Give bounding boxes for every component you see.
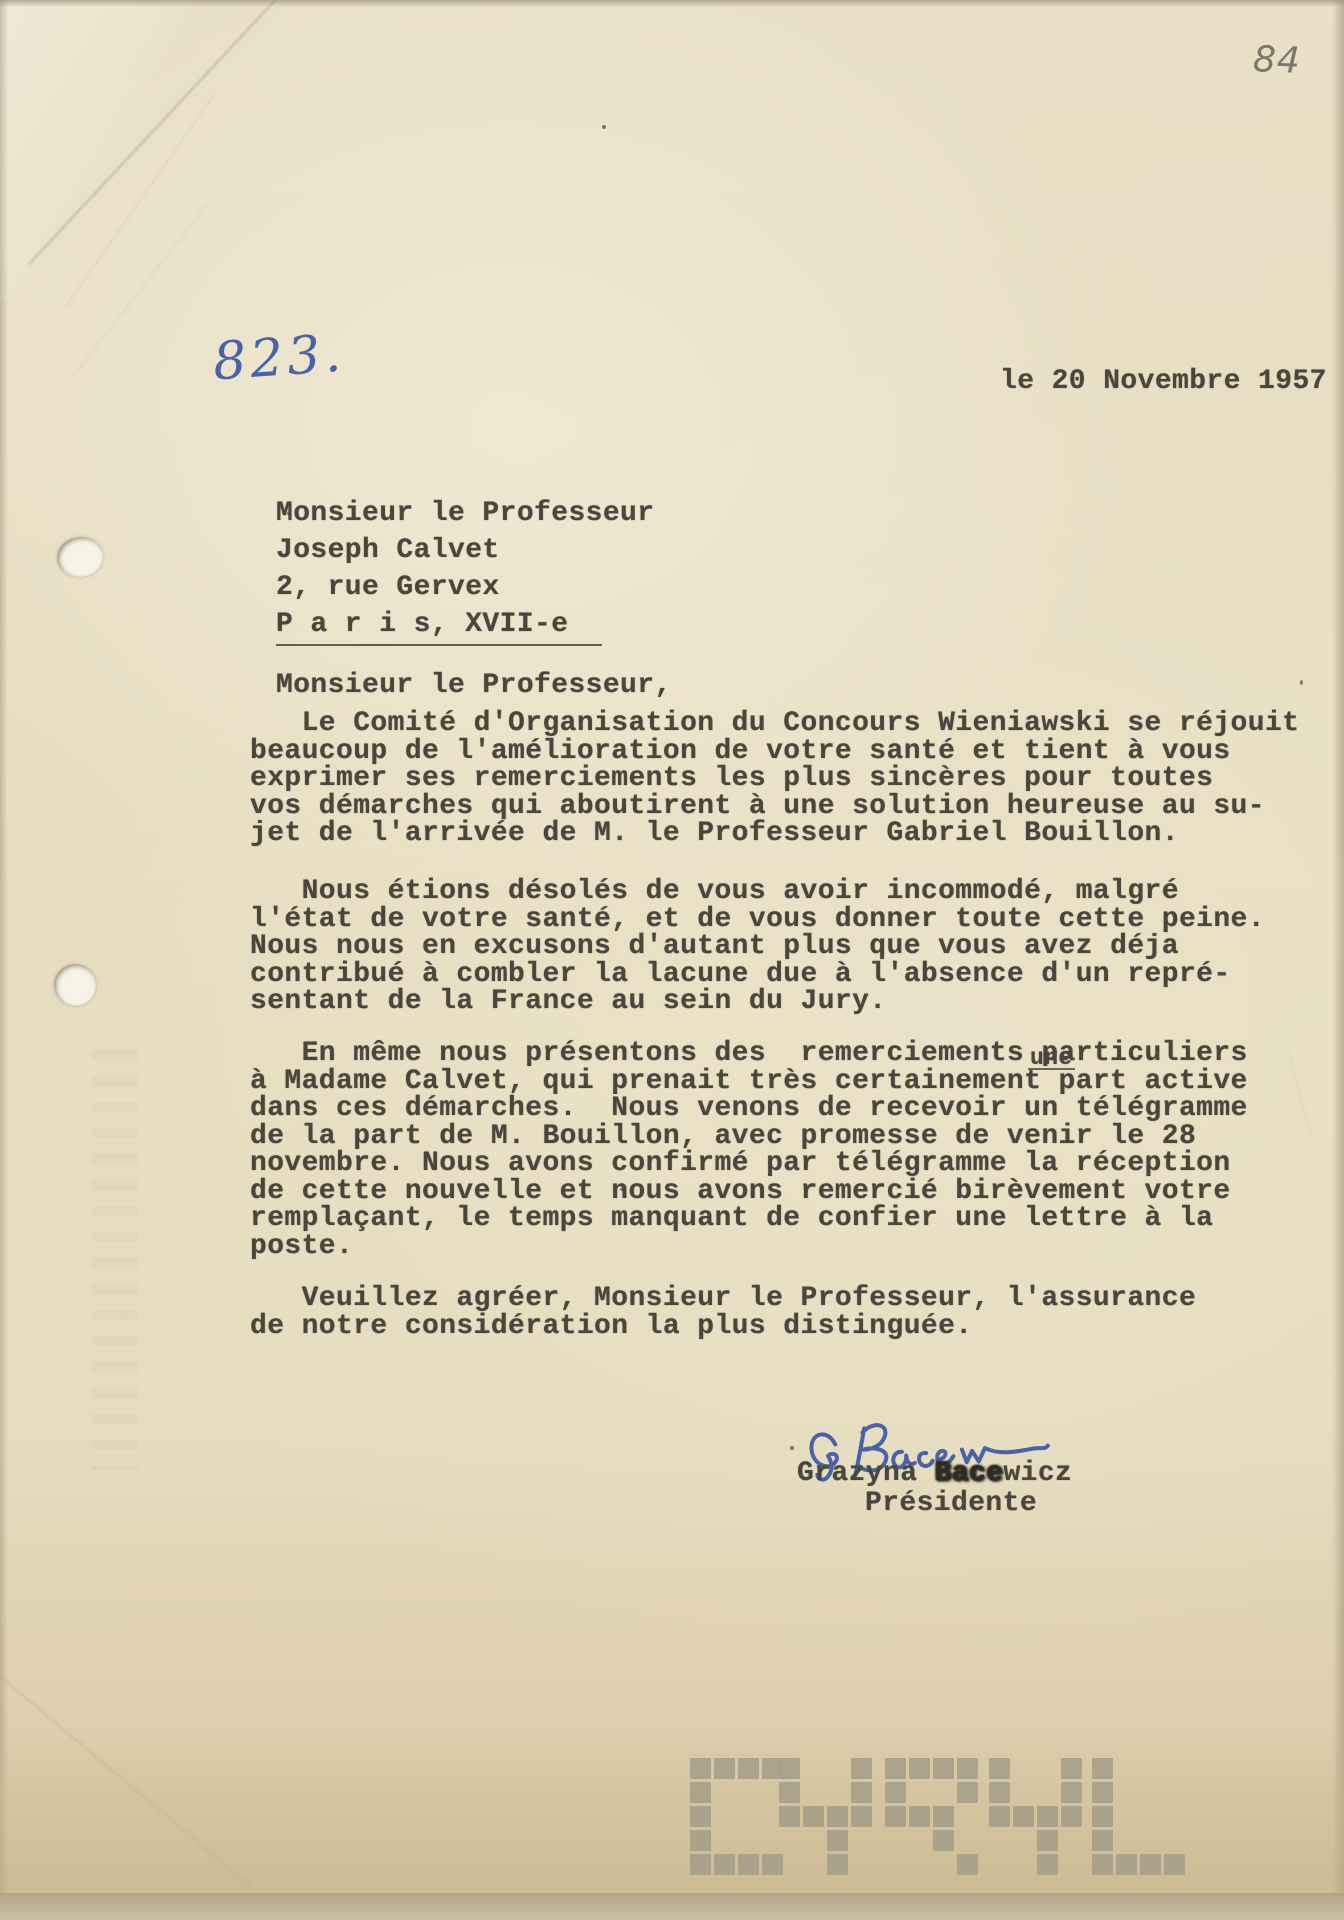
paper-corner-fold [0,0,262,300]
watermark-block [1092,1758,1113,1779]
watermark-block [690,1854,711,1875]
watermark-block [738,1854,759,1875]
signature-block: Grazyna Bacewicz Présidente [797,1416,1137,1536]
letter-line: contribué à combler la lacune due à l'ab… [250,961,1265,989]
page-number-pencil: 84 [1252,39,1301,82]
letter-line: exprimer ses remerciements les plus sinc… [250,765,1299,793]
letter-line: remplaçant, le temps manquant de confier… [250,1205,1248,1233]
ink-bleed-column [92,1050,138,1470]
letter-line: jet de l'arrivée de M. le Professeur Gab… [250,820,1299,848]
watermark-block [1092,1830,1113,1851]
watermark-block [933,1758,954,1779]
letter-line: beaucoup de l'amélioration de votre sant… [250,738,1299,766]
watermark-block [803,1806,824,1827]
pencil-squiggle [1288,1052,1312,1139]
letter-line: Nous étions désolés de vous avoir incomm… [250,878,1265,906]
watermark-block [1061,1806,1082,1827]
watermark-block [989,1782,1010,1803]
recipient-line: 2, rue Gervex [276,569,654,606]
watermark-block [690,1758,711,1779]
letter-line: à Madame Calvet, qui prenait très certai… [250,1068,1248,1096]
watermark-block [909,1758,930,1779]
letter-line: de cette nouvelle et nous avons remercié… [250,1178,1248,1206]
ink-speck [602,125,606,129]
recipient-line: Monsieur le Professeur [276,495,654,532]
letter-line: dans ces démarches. Nous venons de recev… [250,1095,1248,1123]
letter-line: l'état de votre santé, et de vous donner… [250,906,1265,934]
watermark-block [827,1806,848,1827]
paper-edge-right [1332,0,1344,1920]
typed-insertion-above-line: une [1028,1048,1075,1070]
watermark-block [957,1758,978,1779]
watermark-block [851,1758,872,1779]
letter-line: En même nous présentons des remerciement… [250,1040,1248,1068]
closing-paragraph: Veuillez agréer, Monsieur le Professeur,… [250,1285,1196,1340]
recipient-line-city: P a r i s, XVII-e [276,606,654,646]
punch-hole [54,534,105,580]
watermark-block [851,1782,872,1803]
city-underlined: P a r i s, XVII-e [276,606,602,646]
letter-line: Le Comité d'Organisation du Concours Wie… [250,710,1299,738]
watermark-block [714,1758,735,1779]
letter-line: Nous nous en excusons d'autant plus que … [250,933,1265,961]
watermark-block [690,1806,711,1827]
ink-speck [1300,680,1303,685]
letter-line: poste. [250,1233,1248,1261]
letter-line: sentant de la France au sein du Jury. [250,988,1265,1016]
watermark-block [827,1854,848,1875]
watermark-block [1037,1830,1058,1851]
watermark-block [957,1854,978,1875]
watermark-block [1013,1806,1034,1827]
watermark-block [779,1782,800,1803]
letter-line: Veuillez agréer, Monsieur le Professeur,… [250,1285,1196,1313]
watermark-block [1164,1854,1185,1875]
letter-line: novembre. Nous avons confirmé par télégr… [250,1150,1248,1178]
watermark-block [909,1806,930,1827]
watermark-block [1061,1758,1082,1779]
watermark-block [690,1830,711,1851]
watermark-block [738,1758,759,1779]
watermark-block [779,1758,800,1779]
recipient-line: Joseph Calvet [276,532,654,569]
watermark-block [989,1758,1010,1779]
watermark-block [1092,1854,1113,1875]
signer-title: Présidente [865,1490,1037,1518]
watermark-block [762,1854,783,1875]
watermark-block [933,1830,954,1851]
watermark-block [1092,1806,1113,1827]
watermark-block [1037,1854,1058,1875]
watermark-block [933,1806,954,1827]
ink-speck [790,1446,794,1450]
letter-line: de la part de M. Bouillon, avec promesse… [250,1123,1248,1151]
watermark-block [779,1806,800,1827]
watermark-block [1092,1782,1113,1803]
watermark-block [1116,1854,1137,1875]
paragraph-1: Le Comité d'Organisation du Concours Wie… [250,710,1299,848]
paper-edge-top [0,0,1344,7]
watermark-block [957,1782,978,1803]
letter-line: de notre considération la plus distingué… [250,1313,1196,1341]
watermark-block [1140,1854,1161,1875]
watermark-block [989,1806,1010,1827]
paper-edge-bottom [0,1893,1344,1920]
watermark-block [851,1806,872,1827]
letter-line: vos démarches qui aboutirent à une solut… [250,793,1299,821]
watermark-block [885,1806,906,1827]
watermark-block [1037,1806,1058,1827]
punch-hole [54,964,96,1006]
paper-edge-left [0,0,8,1920]
paragraph-2: Nous étions désolés de vous avoir incomm… [250,878,1265,1016]
overstruck-text: Bace [935,1458,1004,1489]
watermark-block [690,1782,711,1803]
watermark-block [714,1854,735,1875]
typed-signer-name: Grazyna Bacewicz [797,1460,1072,1488]
date-line: le 20 Novembre 1957 [1000,368,1327,396]
recipient-block: Monsieur le Professeur Joseph Calvet 2, … [276,495,654,646]
paragraph-3: une En même nous présentons des remercie… [250,1040,1248,1260]
watermark-block [1061,1782,1082,1803]
archive-number-handwritten: 823. [211,323,347,392]
scanned-letter-page: 823. 84 le 20 Novembre 1957 Monsieur le … [0,0,1344,1920]
salutation: Monsieur le Professeur, [276,672,672,700]
watermark-block [827,1830,848,1851]
watermark-block [885,1758,906,1779]
watermark-block [885,1782,906,1803]
